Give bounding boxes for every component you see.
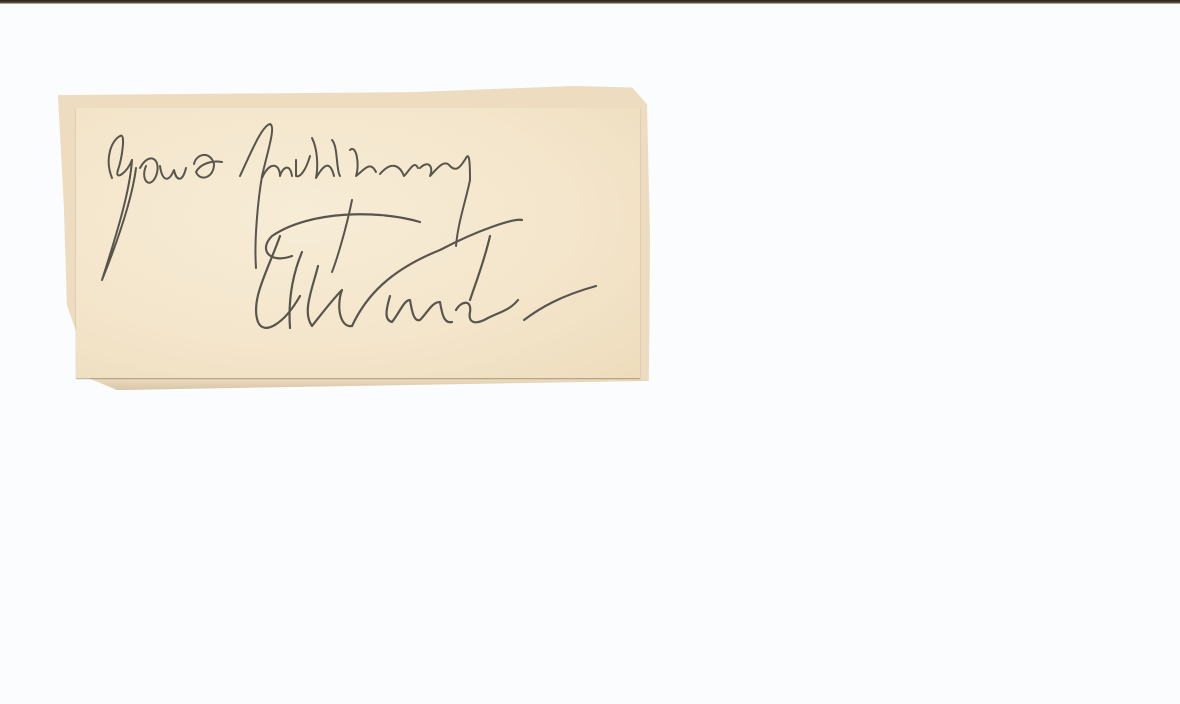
paper-slip: Yours faithfully E. R. Wheeler	[76, 108, 640, 378]
signature-text: E. R. Wheeler	[76, 108, 77, 109]
closing-text: Yours faithfully	[76, 108, 77, 109]
scan-top-edge	[0, 0, 1180, 4]
backing-card-shadow	[58, 378, 650, 390]
